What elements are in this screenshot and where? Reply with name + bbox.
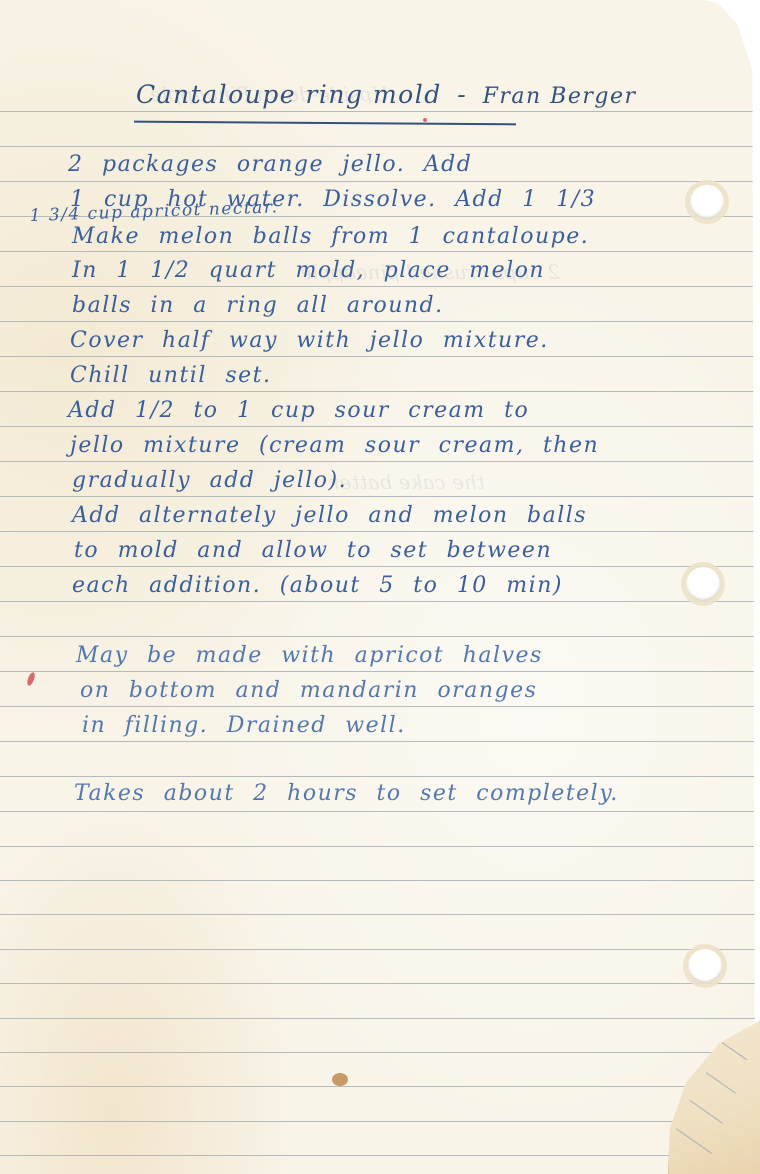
rule-line (0, 811, 760, 812)
recipe-title: Cantaloupe ring mold (136, 80, 442, 109)
rule-line (0, 146, 760, 147)
rule-line (0, 1155, 760, 1156)
rule-line (0, 321, 760, 322)
instruction-line: Chill until set. (70, 363, 272, 388)
instruction-line: Cover half way with jello mixture. (70, 328, 549, 353)
rule-line (0, 636, 760, 637)
instruction-line: 2 packages orange jello. Add (68, 152, 472, 177)
rule-line (0, 880, 760, 881)
recipe-card: Upside-down Pineapple 2 cups crushed pin… (0, 0, 760, 1174)
rule-line (0, 741, 760, 742)
instruction-line: balls in a ring all around. (72, 293, 444, 318)
instruction-line: Add 1/2 to 1 cup sour cream to (68, 398, 529, 423)
instruction-line: Make melon balls from 1 cantaloupe. (72, 224, 589, 249)
rule-line (0, 391, 760, 392)
variation-note: on bottom and mandarin oranges (80, 678, 537, 703)
setting-time-note: Takes about 2 hours to set completely. (74, 781, 619, 806)
binder-hole-bottom (688, 949, 722, 983)
rule-line (0, 286, 760, 287)
variation-note: May be made with apricot halves (76, 643, 543, 668)
rule-line (0, 671, 760, 672)
instruction-line: each addition. (about 5 to 10 min) (72, 573, 563, 598)
variation-note: in filling. Drained well. (82, 713, 406, 738)
rule-line (0, 111, 760, 112)
rule-line (0, 566, 760, 567)
rule-line (0, 356, 760, 357)
bleed-through-text: the cake batter (330, 470, 485, 494)
red-mark (26, 671, 36, 686)
rule-line (0, 1086, 760, 1087)
rule-line (0, 181, 760, 182)
rule-line (0, 949, 760, 950)
rule-line (0, 531, 760, 532)
rule-line (0, 1018, 760, 1019)
recipe-title-row: Cantaloupe ring mold - Fran Berger (136, 80, 636, 109)
instruction-line: Add alternately jello and melon balls (72, 503, 587, 528)
rule-line (0, 426, 760, 427)
rule-line (0, 983, 760, 984)
instruction-line: to mold and allow to set between (74, 538, 552, 563)
rule-line (0, 914, 760, 915)
rule-line (0, 846, 760, 847)
instruction-line: jello mixture (cream sour cream, then (70, 433, 599, 458)
rule-line (0, 1121, 760, 1122)
rule-line (0, 1052, 760, 1053)
binder-hole-middle (686, 567, 720, 601)
rule-line (0, 776, 760, 777)
stain-spot (332, 1073, 348, 1086)
title-underline (134, 121, 516, 126)
recipe-author: Fran Berger (483, 84, 637, 109)
rule-line (0, 496, 760, 497)
rule-line (0, 601, 760, 602)
instruction-line: In 1 1/2 quart mold, place melon (72, 258, 545, 283)
binder-hole-top (690, 185, 724, 219)
rule-line (0, 461, 760, 462)
rule-line (0, 251, 760, 252)
red-dot (423, 118, 427, 122)
instruction-line: gradually add jello). (72, 468, 347, 493)
rule-line (0, 706, 760, 707)
title-separator: - (457, 80, 467, 109)
margin-correction: 1 3/4 cup apricot nectar. (29, 197, 279, 226)
